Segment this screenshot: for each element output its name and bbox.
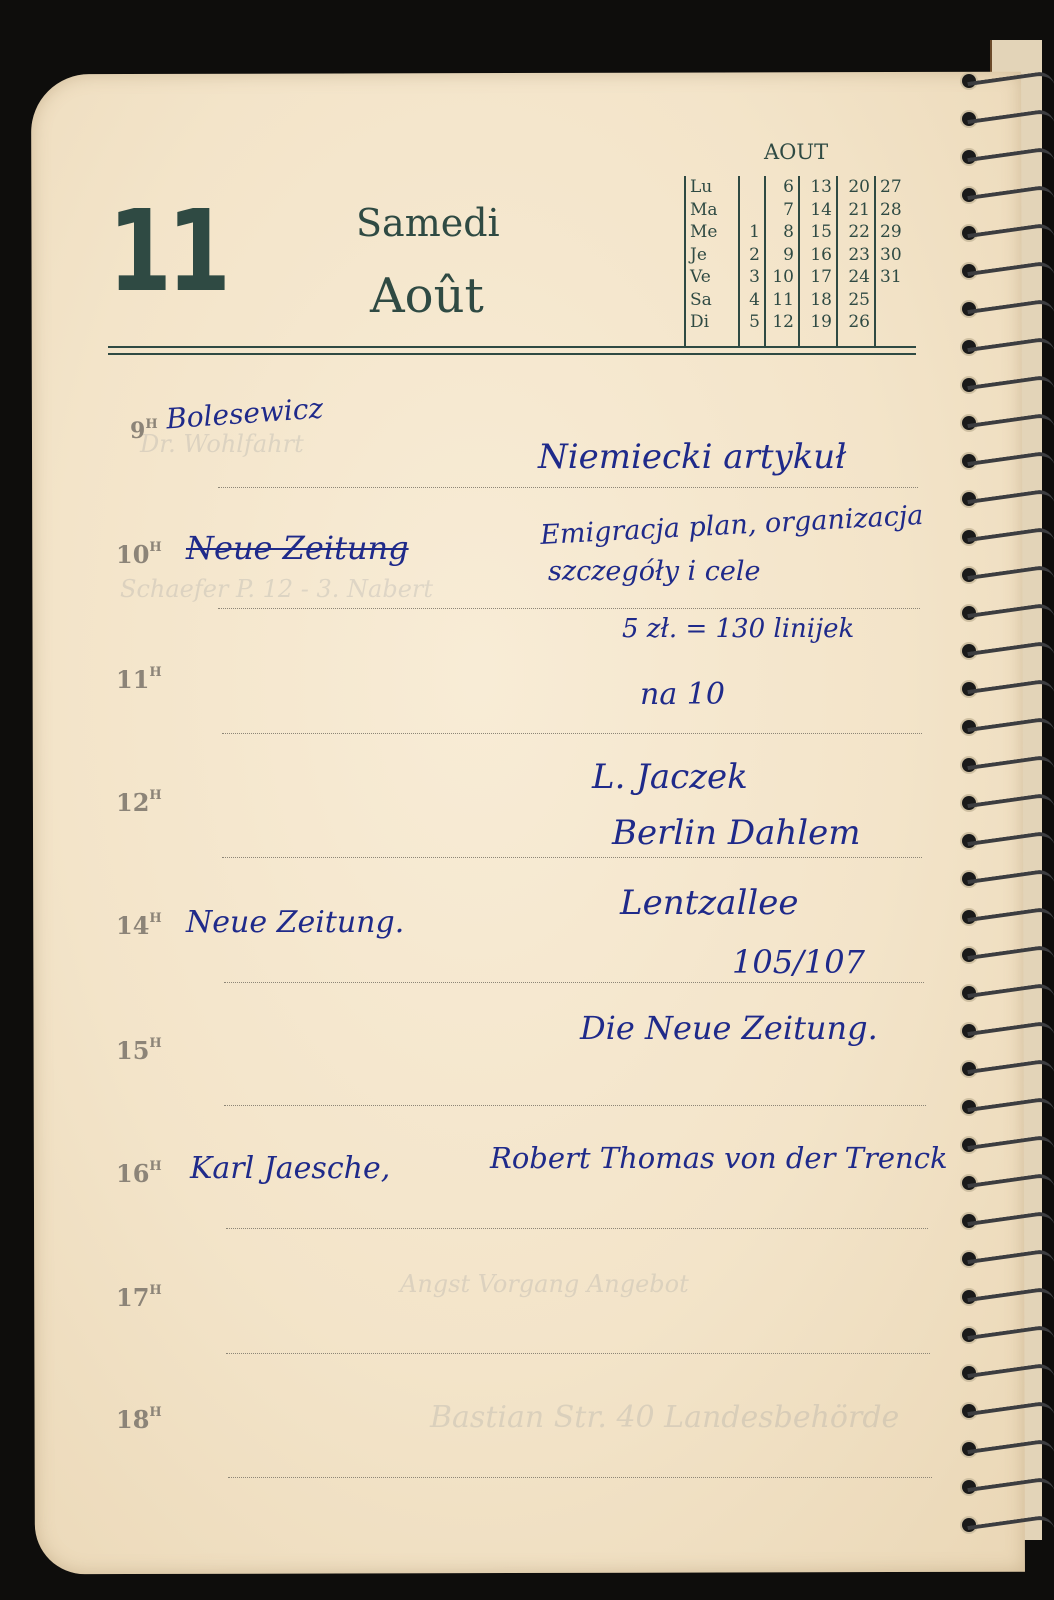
calendar-date: 13: [804, 176, 832, 199]
day-label: Di: [690, 311, 734, 334]
spiral-ring: [958, 832, 1054, 852]
handwritten-address-city: Berlin Dahlem: [612, 816, 860, 850]
hour-label-9: 9H: [130, 420, 158, 442]
calendar-date: 6: [770, 176, 794, 199]
calendar-date: 24: [842, 266, 870, 289]
handwritten-note-right: na 10: [640, 680, 725, 710]
handwritten-address-number: 105/107: [732, 946, 865, 978]
calendar-date: [880, 311, 904, 334]
calendar-date: [744, 199, 760, 222]
bleed-through-text: Bastian Str. 40 Landesbehörde: [430, 1400, 899, 1435]
dotted-line: [218, 608, 920, 609]
dotted-line: [222, 857, 922, 858]
spiral-ring: [958, 1174, 1054, 1194]
hour-label-17: 17H: [116, 1286, 162, 1310]
spiral-ring: [958, 1022, 1054, 1042]
spiral-ring: [958, 1440, 1054, 1460]
mini-calendar-title: AOUT: [764, 140, 828, 164]
calendar-date: 30: [880, 244, 904, 267]
calendar-date: 20: [842, 176, 870, 199]
spiral-ring: [958, 1364, 1054, 1384]
spiral-ring: [958, 680, 1054, 700]
dotted-line: [224, 982, 924, 983]
calendar-date: 4: [744, 289, 760, 312]
calendar-day-labels: Lu Ma Me Je Ve Sa Di: [684, 176, 738, 348]
handwritten-note-right: Die Neue Zeitung.: [580, 1012, 878, 1044]
calendar-date: 22: [842, 221, 870, 244]
spiral-ring: [958, 72, 1054, 92]
spiral-ring: [958, 452, 1054, 472]
calendar-date: 16: [804, 244, 832, 267]
calendar-date: 28: [880, 199, 904, 222]
calendar-date: 7: [770, 199, 794, 222]
spiral-ring: [958, 604, 1054, 624]
hour-label-16: 16H: [116, 1162, 162, 1186]
day-label: Lu: [690, 176, 734, 199]
spiral-ring: [958, 1478, 1054, 1498]
calendar-week-column: 6 7 8 9 10 11 12: [764, 176, 798, 348]
spiral-ring: [958, 224, 1054, 244]
spiral-ring: [958, 1326, 1054, 1346]
handwritten-note-14h: Neue Zeitung.: [186, 908, 404, 938]
hour-label-15: 15H: [116, 1039, 162, 1063]
handwritten-note-right: szczegóły i cele: [548, 558, 760, 585]
hour-label-12: 12H: [116, 791, 162, 815]
calendar-week-column: 27 28 29 30 31: [874, 176, 908, 348]
spiral-ring: [958, 338, 1054, 358]
dotted-line: [218, 487, 918, 488]
spiral-ring: [958, 984, 1054, 1004]
calendar-date: 29: [880, 221, 904, 244]
spiral-ring: [958, 870, 1054, 890]
day-label: Me: [690, 221, 734, 244]
calendar-date: 27: [880, 176, 904, 199]
calendar-week-column: 13 14 15 16 17 18 19: [798, 176, 836, 348]
calendar-date: 21: [842, 199, 870, 222]
spiral-ring: [958, 642, 1054, 662]
spiral-ring: [958, 718, 1054, 738]
calendar-date: 18: [804, 289, 832, 312]
spiral-ring: [958, 1136, 1054, 1156]
spiral-ring: [958, 794, 1054, 814]
calendar-date: 1: [744, 221, 760, 244]
handwritten-note-16h: Karl Jaesche,: [190, 1154, 390, 1184]
day-label: Sa: [690, 289, 734, 312]
calendar-date: 9: [770, 244, 794, 267]
day-label: Je: [690, 244, 734, 267]
spiral-ring: [958, 1516, 1054, 1536]
spiral-ring: [958, 946, 1054, 966]
calendar-date: 3: [744, 266, 760, 289]
calendar-date: 12: [770, 311, 794, 334]
calendar-date: 26: [842, 311, 870, 334]
handwritten-address-street: Lentzallee: [620, 886, 798, 920]
day-label: Ve: [690, 266, 734, 289]
handwritten-note-10h-struck: Neue Zeitung: [186, 532, 409, 564]
hour-label-10: 10H: [116, 543, 162, 567]
calendar-date: 25: [842, 289, 870, 312]
bleed-through-text: Angst Vorgang Angebot: [400, 1270, 689, 1298]
bleed-through-text: Schaefer P. 12 - 3. Nabert: [120, 575, 433, 603]
dotted-line: [224, 1105, 926, 1106]
spiral-ring: [958, 1060, 1054, 1080]
spiral-ring: [958, 148, 1054, 168]
spiral-ring: [958, 1288, 1054, 1308]
calendar-date: 17: [804, 266, 832, 289]
calendar-date: 8: [770, 221, 794, 244]
handwritten-note-16h-right: Robert Thomas von der Trenck: [490, 1144, 948, 1173]
spiral-ring: [958, 1402, 1054, 1422]
spiral-ring: [958, 110, 1054, 130]
calendar-date: 23: [842, 244, 870, 267]
calendar-date: 11: [770, 289, 794, 312]
weekday-label: Samedi: [356, 204, 500, 242]
spiral-ring: [958, 908, 1054, 928]
day-number: 11: [108, 196, 226, 308]
spiral-ring: [958, 1098, 1054, 1118]
spiral-ring: [958, 1250, 1054, 1270]
header-double-rule: [108, 353, 916, 355]
spiral-ring: [958, 566, 1054, 586]
dotted-line: [226, 1228, 928, 1229]
calendar-date: 31: [880, 266, 904, 289]
calendar-date: 10: [770, 266, 794, 289]
calendar-date: 15: [804, 221, 832, 244]
calendar-date: 5: [744, 311, 760, 334]
spiral-ring: [958, 1212, 1054, 1232]
calendar-date: 19: [804, 311, 832, 334]
spiral-ring: [958, 414, 1054, 434]
dotted-line: [226, 1353, 930, 1354]
spiral-ring: [958, 376, 1054, 396]
spiral-ring: [958, 300, 1054, 320]
spiral-ring: [958, 756, 1054, 776]
spiral-ring: [958, 528, 1054, 548]
spiral-ring: [958, 490, 1054, 510]
handwritten-address-name: L. Jaczek: [592, 760, 748, 794]
hour-label-11: 11H: [116, 668, 162, 692]
day-label: Ma: [690, 199, 734, 222]
month-label: Août: [370, 272, 484, 320]
mini-calendar: Lu Ma Me Je Ve Sa Di 1 2 3 4 5 6 7 8 9 1…: [684, 176, 908, 348]
calendar-date: [744, 176, 760, 199]
calendar-week-column: 20 21 22 23 24 25 26: [836, 176, 874, 348]
calendar-date: [880, 289, 904, 312]
calendar-week-column: 1 2 3 4 5: [738, 176, 764, 348]
hour-label-18: 18H: [116, 1408, 162, 1432]
spiral-ring: [958, 186, 1054, 206]
calendar-date: 2: [744, 244, 760, 267]
dotted-line: [228, 1477, 932, 1478]
bleed-through-text: Dr. Wohlfahrt: [140, 430, 304, 458]
header-double-rule: [108, 346, 916, 348]
calendar-date: 14: [804, 199, 832, 222]
hour-label-14: 14H: [116, 914, 162, 938]
spiral-ring: [958, 262, 1054, 282]
handwritten-note-right: 5 zł. = 130 linijek: [622, 616, 854, 642]
dotted-line: [222, 733, 922, 734]
handwritten-note-right: Niemiecki artykuł: [538, 440, 846, 474]
